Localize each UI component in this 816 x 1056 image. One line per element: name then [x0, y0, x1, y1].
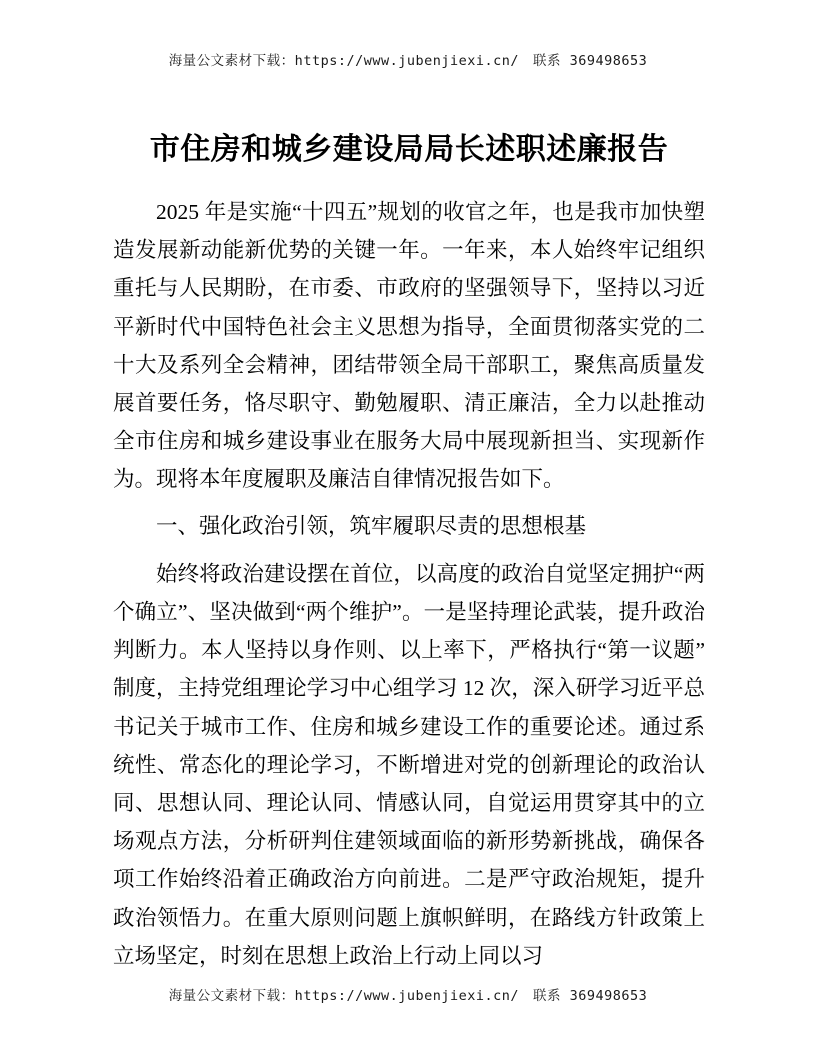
footer-note: 海量公文素材下载：https://www.jubenjiexi.cn/ 联系 3… — [0, 984, 816, 1004]
section-1-paragraph: 始终将政治建设摆在首位，以高度的政治自觉坚定拥护“两个确立”、坚决做到“两个维护… — [113, 555, 705, 975]
section-1-heading: 一、强化政治引领，筑牢履职尽责的思想根基 — [113, 507, 705, 545]
document-body: 市住房和城乡建设局局长述职述廉报告 2025 年是实施“十四五”规划的收官之年，… — [113, 128, 705, 975]
header-note: 海量公文素材下载：https://www.jubenjiexi.cn/ 联系 3… — [0, 49, 816, 69]
intro-paragraph: 2025 年是实施“十四五”规划的收官之年，也是我市加快塑造发展新动能新优势的关… — [113, 193, 705, 499]
document-page: 海量公文素材下载：https://www.jubenjiexi.cn/ 联系 3… — [0, 0, 816, 1056]
page-title: 市住房和城乡建设局局长述职述廉报告 — [113, 128, 705, 172]
